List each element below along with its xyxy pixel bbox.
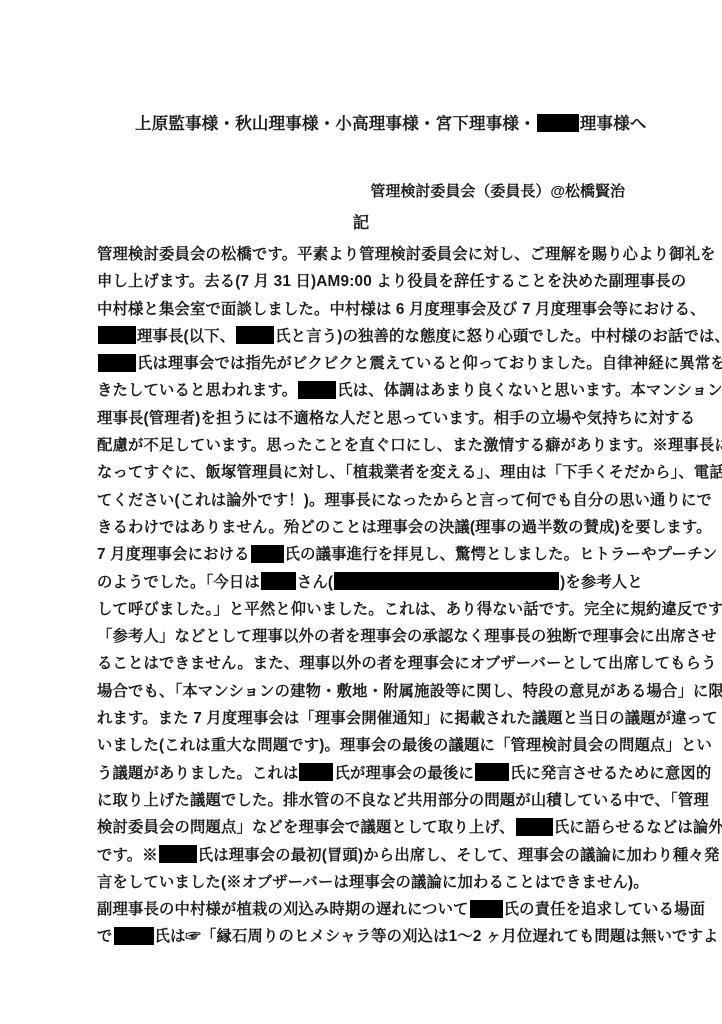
letter-text: 氏と言う)の独善的な態度に怒り心頭でした。中村様のお話では、 xyxy=(275,328,722,345)
letter-text: 氏は理事会の最初(冒頭)から出席し、そして、理事会の議論に加わり種々発 xyxy=(198,847,720,864)
letter-text: 氏の議事進行を拝見し、驚愕としました。ヒトラーやプーチン xyxy=(285,546,718,563)
letter-line: 言をしていました(※オブザーバーは理事会の議論に加わることはできません)。 xyxy=(97,869,629,896)
letter-text: きたしていると思われます。 xyxy=(97,382,297,399)
letter-line: いました(これは重大な問題です)。理事会の最後の議題に「管理検討員会の問題点」と… xyxy=(97,732,629,759)
letter-text: )を参考人と xyxy=(560,574,643,591)
redaction-bar xyxy=(537,114,579,132)
redaction-bar xyxy=(334,572,559,590)
letter-text: して呼びました。」と平然と仰いました。これは、あり得ない話です。完全に規約違反で… xyxy=(97,601,722,618)
letter-line: ることはできません。また、理事以外の者を理事会にオブザーバーとして出席してもらう xyxy=(97,650,629,677)
letter-text: 氏は理事会では指先がビクビクと震えていると仰っておりました。自律神経に異常を xyxy=(137,355,722,372)
letter-line: 配慮が不足しています。思ったことを直ぐ口にし、また激情する癖があります。※理事長… xyxy=(97,432,629,459)
redaction-bar xyxy=(159,845,197,863)
sender-line: 管理検討委員会（委員長）@松橋賢治 xyxy=(97,180,625,201)
redaction-bar xyxy=(98,326,136,344)
letter-text: れます。また 7 月度理事会は「理事会開催通知」に掲載された議題と当日の議題が違… xyxy=(97,710,718,727)
letter-line: 理事長(以下、氏と言う)の独善的な態度に怒り心頭でした。中村様のお話では、 xyxy=(97,323,629,350)
letter-text: 場合でも、「本マンションの建物・敷地・附属施設等に関し、特段の意見がある場合」に… xyxy=(97,683,722,700)
letter-text: 氏が理事会の最後に xyxy=(334,765,473,782)
letter-text: 理事長(以下、 xyxy=(137,328,235,345)
letter-text: いました(これは重大な問題です)。理事会の最後の議題に「管理検討員会の問題点」と… xyxy=(97,737,712,754)
letter-text: ることはできません。また、理事以外の者を理事会にオブザーバーとして出席してもらう xyxy=(97,655,717,672)
letter-text: で xyxy=(97,928,113,945)
redaction-bar xyxy=(236,326,274,344)
letter-text: 7 月度理事会における xyxy=(97,546,250,563)
letter-line: 管理検討委員会の松橋です。平素より管理検討委員会に対し、ご理解を賜り心より御礼を xyxy=(97,241,629,268)
letter-line: れます。また 7 月度理事会は「理事会開催通知」に掲載された議題と当日の議題が違… xyxy=(97,705,629,732)
letter-text: 理事様へ xyxy=(580,115,647,133)
letter-line: 中村様と集会室で面談しました。中村様は 6 月度理事会及び 7 月度理事会等にお… xyxy=(97,296,629,323)
letter-text: 「参考人」などとして理事以外の者を理事会の承認なく理事長の独断で理事会に出席させ xyxy=(97,628,717,645)
letter-line: して呼びました。」と平然と仰いました。これは、あり得ない話です。完全に規約違反で… xyxy=(97,596,629,623)
letter-line: のようでした。「今日はさん()を参考人と xyxy=(97,569,629,596)
letter-text: のようでした。「今日は xyxy=(97,574,260,591)
letter-line: 場合でも、「本マンションの建物・敷地・附属施設等に関し、特段の意見がある場合」に… xyxy=(97,678,629,705)
letter-text: 副理事長の中村様が植栽の刈込み時期の遅れについて xyxy=(97,901,469,918)
redaction-bar xyxy=(251,545,284,563)
letter-text: 氏に発言させるために意図的 xyxy=(510,765,711,782)
letter-line: 申し上げます。去る(7 月 31 日)AM9:00 より役員を辞任することを決め… xyxy=(97,268,629,295)
redaction-bar xyxy=(516,818,553,836)
letter-text: に取り上げた議題でした。排水管の不良など共用部分の問題が山積している中で、「管理 xyxy=(97,792,709,809)
letter-text: 氏は☞「縁石周りのヒメシャラ等の刈込は1～2 ヶ月位遅れても問題は無いですよ xyxy=(155,928,719,945)
letter-text: なってすぐに、飯塚管理員に対し、「植栽業者を変える」、理由は「下手くそだから」、… xyxy=(97,464,722,481)
recipients-line: 上原監事様・秋山理事様・小高理事様・宮下理事様・理事様へ xyxy=(97,110,625,134)
redaction-bar xyxy=(98,354,136,372)
letter-text: 理事長(管理者)を担うには不適格な人だと思っています。相手の立場や気持ちに対する xyxy=(97,410,695,427)
letter-text: さん( xyxy=(297,574,333,591)
letter-text: 氏に語らせるなどは論外 xyxy=(554,819,722,836)
letter-text: です。※ xyxy=(97,847,158,864)
letter-line: に取り上げた議題でした。排水管の不良など共用部分の問題が山積している中で、「管理 xyxy=(97,787,629,814)
letter-text: 検討委員会の問題点」などを理事会で議題として取り上げ、 xyxy=(97,819,515,836)
letter-line: 理事長(管理者)を担うには不適格な人だと思っています。相手の立場や気持ちに対する xyxy=(97,405,629,432)
letter-line: で氏は☞「縁石周りのヒメシャラ等の刈込は1～2 ヶ月位遅れても問題は無いですよ xyxy=(97,923,629,950)
redaction-bar xyxy=(475,763,509,781)
letter-body: 管理検討委員会の松橋です。平素より管理検討委員会に対し、ご理解を賜り心より御礼を… xyxy=(97,241,629,951)
letter-line: きたしていると思われます。氏は、体調はあまり良くないと思います。本マンションの xyxy=(97,377,629,404)
redaction-bar xyxy=(261,572,296,590)
redaction-bar xyxy=(470,900,503,918)
letter-line: てください(これは論外です！)。理事長になったからと言って何でも自分の思い通りに… xyxy=(97,487,629,514)
note-mark: 記 xyxy=(97,209,625,233)
letter-line: 副理事長の中村様が植栽の刈込み時期の遅れについて氏の責任を追求している場面 xyxy=(97,896,629,923)
letter-line: 「参考人」などとして理事以外の者を理事会の承認なく理事長の独断で理事会に出席させ xyxy=(97,623,629,650)
letter-text: 配慮が不足しています。思ったことを直ぐ口にし、また激情する癖があります。※理事長… xyxy=(97,437,722,454)
scanned-letter-page: 上原監事様・秋山理事様・小高理事様・宮下理事様・理事様へ 管理検討委員会（委員長… xyxy=(0,0,722,1024)
redaction-bar xyxy=(298,381,336,399)
letter-line: 検討委員会の問題点」などを理事会で議題として取り上げ、氏に語らせるなどは論外 xyxy=(97,814,629,841)
letter-text: 氏の責任を追求している場面 xyxy=(504,901,705,918)
redaction-bar xyxy=(114,927,154,945)
letter-text: 申し上げます。去る(7 月 31 日)AM9:00 より役員を辞任することを決め… xyxy=(97,273,686,290)
letter-text: 管理検討委員会の松橋です。平素より管理検討委員会に対し、ご理解を賜り心より御礼を xyxy=(97,246,716,263)
letter-text: う議題がありました。これは xyxy=(97,765,298,782)
letter-line: う議題がありました。これは氏が理事会の最後に氏に発言させるために意図的 xyxy=(97,760,629,787)
letter-text: 上原監事様・秋山理事様・小高理事様・宮下理事様・ xyxy=(135,115,536,133)
letter-text: 氏は、体調はあまり良くないと思います。本マンションの xyxy=(337,382,722,399)
letter-text: 中村様と集会室で面談しました。中村様は 6 月度理事会及び 7 月度理事会等にお… xyxy=(97,301,706,318)
redaction-bar xyxy=(299,763,333,781)
letter-line: 7 月度理事会における氏の議事進行を拝見し、驚愕としました。ヒトラーやプーチン xyxy=(97,541,629,568)
letter-line: です。※氏は理事会の最初(冒頭)から出席し、そして、理事会の議論に加わり種々発 xyxy=(97,842,629,869)
letter-text: きるわけではありません。殆どのことは理事会の決議(理事の過半数の賛成)を要します… xyxy=(97,519,712,536)
letter-line: 氏は理事会では指先がビクビクと震えていると仰っておりました。自律神経に異常を xyxy=(97,350,629,377)
letter-text: てください(これは論外です！)。理事長になったからと言って何でも自分の思い通りに… xyxy=(97,492,712,509)
letter-line: きるわけではありません。殆どのことは理事会の決議(理事の過半数の賛成)を要します… xyxy=(97,514,629,541)
letter-line: なってすぐに、飯塚管理員に対し、「植栽業者を変える」、理由は「下手くそだから」、… xyxy=(97,459,629,486)
letter-text: 言をしていました(※オブザーバーは理事会の議論に加わることはできません)。 xyxy=(97,874,649,891)
